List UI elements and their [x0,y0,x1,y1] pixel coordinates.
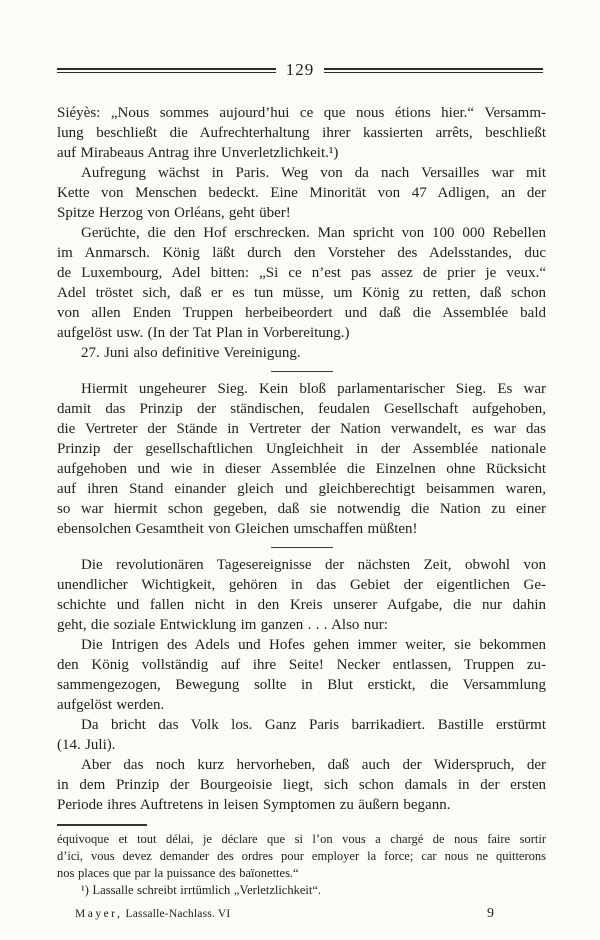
sheet-number: 9 [487,906,494,922]
head-rule-right [324,68,543,73]
text-line: Siéyès: „Nous sommes aujourd’hui ce que … [57,103,546,123]
text-line: Da bricht das Volk los. Ganz Paris barri… [57,715,546,735]
text-line: aufgelöst usw. (In der Tat Plan in Vorbe… [57,323,546,343]
paragraph: Die Intrigen des Adels und Hofes gehen i… [57,635,546,715]
text-line: auf ihren Stand einander gleich und glei… [57,479,546,499]
text-line: Hiermit ungeheurer Sieg. Kein bloß parla… [57,379,546,399]
signature-work: Lassalle-Nachlass. VI [126,908,231,920]
printer-signature: Mayer, Lassalle-Nachlass. VI [75,908,230,920]
text-line: sammengezogen, Bewegung sollte in Blut e… [57,675,546,695]
text-line: de Luxembourg, Adel bitten: „Si ce n’est… [57,263,546,283]
page-number: 129 [276,61,325,78]
body-text: Siéyès: „Nous sommes aujourd’hui ce que … [57,103,546,815]
text-line: Kette von Menschen bedeckt. Eine Minorit… [57,183,546,203]
footnotes: équivoque et tout délai, je déclare que … [57,831,546,899]
book-page: 129 Siéyès: „Nous sommes aujourd’hui ce … [0,0,600,940]
text-line: den König vollständig auf ihre Seite! Ne… [57,655,546,675]
footer-line: Mayer, Lassalle-Nachlass. VI 9 [75,906,546,922]
text-line: ebensolchen Gesamtheit von Gleichen umsc… [57,519,546,539]
footnote-separator [57,824,147,826]
paragraph: Hiermit ungeheurer Sieg. Kein bloß parla… [57,379,546,539]
signature-author: Mayer, [75,908,122,920]
paragraph: 27. Juni also definitive Vereinigung. [57,343,546,363]
text-line: lung beschließt die Aufrechterhaltung ih… [57,123,546,143]
text-line: aufgehoben und wie in dieser Assemblée d… [57,459,546,479]
text-line: Aber das noch kurz hervorheben, daß auch… [57,755,546,775]
text-line: von allen Enden Truppen herbeibeordert u… [57,303,546,323]
text-line: in dem Prinzip der Bourgeoisie liegt, si… [57,775,546,795]
text-line: 27. Juni also definitive Vereinigung. [57,343,546,363]
paragraph: équivoque et tout délai, je déclare que … [57,831,546,882]
text-line: geht, die soziale Entwicklung im ganzen … [57,615,546,635]
text-line: aufgelöst werden. [57,695,546,715]
text-line: Die revolutionären Tagesereignisse der n… [57,555,546,575]
text-line: schichte und fallen nicht in den Kreis u… [57,595,546,615]
text-line: ¹) Lassalle schreibt irrtümlich „Verletz… [57,882,546,899]
text-line: (14. Juli). [57,735,546,755]
paragraph: Siéyès: „Nous sommes aujourd’hui ce que … [57,103,546,163]
paragraph: Die revolutionären Tagesereignisse der n… [57,555,546,635]
text-line: die Vertreter der Stände in Vertreter de… [57,419,546,439]
text-line: d’ici, vous devez demander des ordres po… [57,848,546,865]
paragraph: Da bricht das Volk los. Ganz Paris barri… [57,715,546,755]
text-line: Gerüchte, die den Hof erschrecken. Man s… [57,223,546,243]
section-divider [271,547,333,548]
text-line: Spitze Herzog von Orléans, geht über! [57,203,546,223]
text-line: Aufregung wächst in Paris. Weg von da na… [57,163,546,183]
text-line: Periode ihres Auftretens in leisen Sympt… [57,795,546,815]
paragraph: Gerüchte, die den Hof erschrecken. Man s… [57,223,546,343]
text-line: nos places que par la puissance des baïo… [57,865,546,882]
paragraph: ¹) Lassalle schreibt irrtümlich „Verletz… [57,882,546,899]
section-divider [271,371,333,372]
text-line: damit das Prinzip der ständischen, feuda… [57,399,546,419]
text-line: Die Intrigen des Adels und Hofes gehen i… [57,635,546,655]
text-line: équivoque et tout délai, je déclare que … [57,831,546,848]
text-line: im Anmarsch. König läßt durch den Vorste… [57,243,546,263]
text-line: auf Mirabeaus Antrag ihre Unverletzlichk… [57,143,546,163]
paragraph: Aber das noch kurz hervorheben, daß auch… [57,755,546,815]
paragraph: Aufregung wächst in Paris. Weg von da na… [57,163,546,223]
head-rule-left [57,68,276,73]
text-line: Prinzip der gesellschaftlichen Ungleichh… [57,439,546,459]
running-head: 129 [57,62,543,79]
text-line: unendlicher Wichtigkeit, gehören in das … [57,575,546,595]
text-line: Adel tröstet sich, daß er es tun müsse, … [57,283,546,303]
text-line: so war hiermit schon gegeben, daß sie no… [57,499,546,519]
